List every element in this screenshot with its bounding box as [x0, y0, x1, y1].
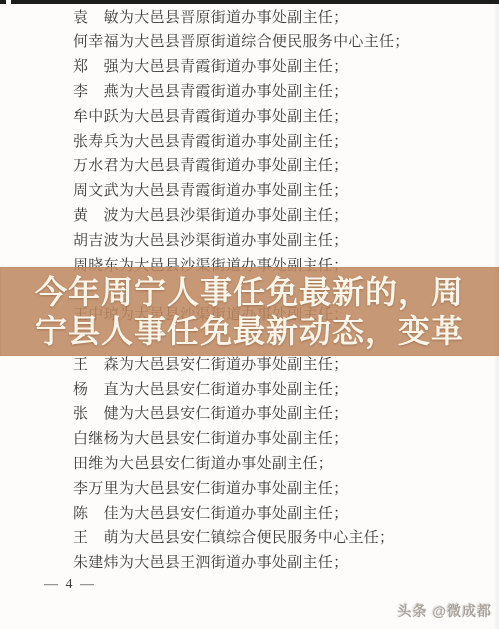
document-line: 周文武为大邑县青霞街道办事处副主任；: [73, 179, 348, 204]
document-line: 李万里为大邑县安仁街道办事处副主任；: [73, 477, 348, 502]
document-line: 田维为大邑县安仁街道办事处副主任；: [73, 452, 333, 477]
toutiao-watermark: 头条 @微成都: [397, 601, 492, 621]
scan-edge-notch: [6, 0, 11, 4]
document-line: 郑 强为大邑县青霞街道办事处副主任；: [73, 55, 348, 80]
document-line: 张 健为大邑县安仁街道办事处副主任；: [73, 402, 348, 427]
document-line: 万水君为大邑县青霞街道办事处副主任；: [73, 154, 348, 179]
document-line: 何幸福为大邑县晋原街道综合便民服务中心主任；: [73, 30, 410, 55]
document-line: 王 萌为大邑县安仁镇综合便民服务中心主任；: [73, 526, 394, 551]
document-line: 牟中跃为大邑县青霞街道办事处副主任；: [73, 105, 348, 130]
document-line: 白继杨为大邑县安仁街道办事处副主任；: [73, 427, 348, 452]
document-line: 王 森为大邑县安仁街道办事处副主任；: [73, 353, 348, 378]
document-line: 李 燕为大邑县青霞街道办事处副主任；: [73, 80, 348, 105]
document-line: 黄 波为大邑县沙渠街道办事处副主任；: [73, 204, 348, 229]
document-line: 杨 直为大邑县安仁街道办事处副主任；: [73, 378, 348, 403]
document-line: 张寿兵为大邑县青霞街道办事处副主任；: [73, 130, 348, 155]
headline-line-2: 宁县人事任免最新动态，变革: [35, 312, 464, 351]
scanned-document-page: 袁 敏为大邑县晋原街道办事处副主任；何幸福为大邑县晋原街道综合便民服务中心主任；…: [0, 0, 499, 629]
document-line: 胡吉波为大邑县沙渠街道办事处副主任；: [73, 229, 348, 254]
headline-banner: 今年周宁人事任免最新的，周 宁县人事任免最新动态，变革: [0, 267, 499, 356]
document-line: 袁 敏为大邑县晋原街道办事处副主任；: [73, 6, 348, 31]
page-number: — 4 —: [44, 572, 96, 597]
document-line: 陈 佳为大邑县安仁街道办事处副主任；: [73, 502, 348, 527]
scan-edge-top-bar: [0, 0, 499, 4]
document-line: 朱建炜为大邑县王泗街道办事处副主任；: [73, 551, 348, 576]
headline-line-1: 今年周宁人事任免最新的，周: [35, 273, 464, 312]
